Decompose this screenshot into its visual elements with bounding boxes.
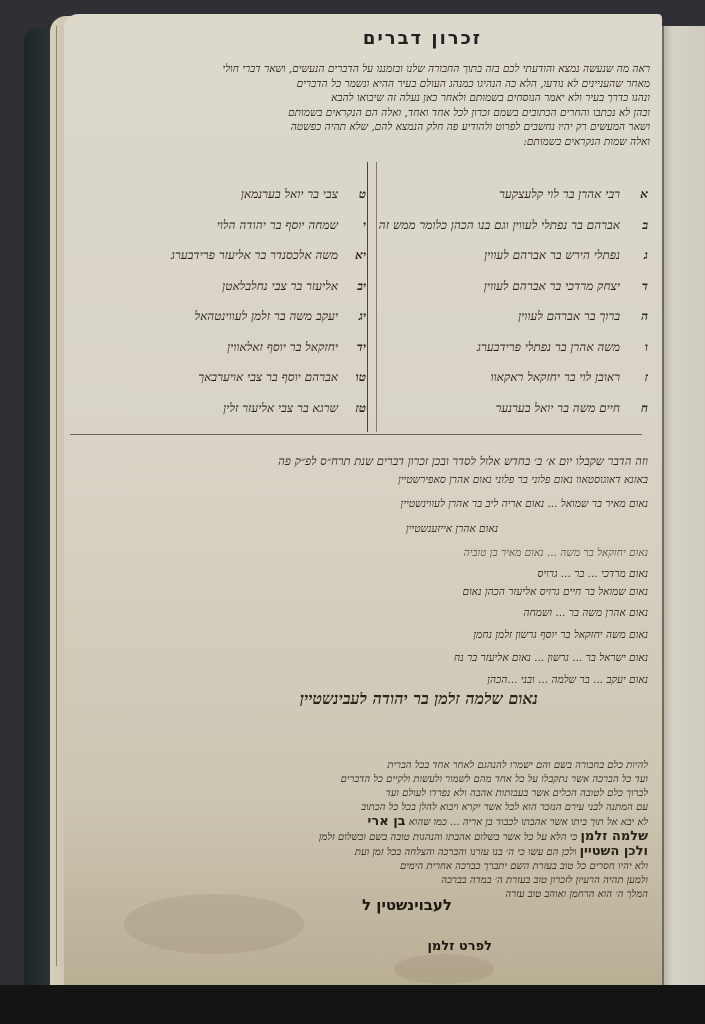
item-name: שרגא בר צבי אליעזר זלין: [223, 401, 338, 416]
item-number: ה: [630, 309, 648, 324]
intro-line: ושאר המעשים רק יהיו נחשבים לפרוט ולהודיע…: [78, 120, 650, 135]
list-item: הברוך בר אברהם לעווין: [373, 301, 648, 332]
agreement-line: נאום מרדכי ... בר ... גרויס: [78, 567, 648, 582]
list-item: יבאליעזר בר צבי נחלבלאטן: [86, 271, 366, 302]
closing-line: עם המתנה לבני עירם הנזכר הוא לכל אשר יקר…: [78, 801, 648, 815]
item-name: רבי אהרן בר לוי קלעצקער: [499, 187, 620, 202]
highlighted-name: בן ארי: [368, 815, 406, 829]
list-item: יאמשה אלכסנדר בר אליעזר פרידבערג: [86, 240, 366, 271]
item-name: ברוך בר אברהם לעווין: [518, 309, 620, 324]
list-item: ומשה אהרן בר נפתלי פרידבערג: [373, 332, 648, 363]
item-name: יחזקאל בר יוסף זאלאווין: [227, 340, 338, 355]
item-number: ו: [630, 340, 648, 355]
item-number: ג: [630, 248, 648, 263]
list-item: יגיעקב משה בר זלמן לעווינטהאל: [86, 301, 366, 332]
list-item: דיצחק מרדכי בר אברהם לעווין: [373, 271, 648, 302]
page-title: זכרון דברים: [363, 28, 482, 49]
agreement-line: וזה הדבר שקבלו יום א׳ ב׳ בחדש אלול לסדר …: [78, 454, 648, 469]
item-name: יצחק מרדכי בר אברהם לעווין: [484, 279, 620, 294]
facing-page: [662, 26, 705, 1024]
list-item: ישמחה יוסף בר יהודה הלוי: [86, 210, 366, 241]
agreement-signatures: וזה הדבר שקבלו יום א׳ ב׳ בחדש אלול לסדר …: [78, 454, 648, 710]
closing-line: לברוך כלם לטובה הכלים אשר בעבותות אהבה ו…: [78, 787, 648, 801]
intro-line: ונהגו כדרך בעיר ולא יאמר הנוסחים בשמותם …: [78, 91, 650, 106]
list-item: באברהם בר נפתלי לעווין וגם בנו הכהן כלומ…: [373, 210, 648, 241]
closing-line: לא יבא אל תוך ביתו אשר אהבתו לכבוד בן אר…: [78, 815, 648, 830]
item-number: ב: [630, 218, 648, 233]
members-list-left: טצבי בר יואל בערנמאן ישמחה יוסף בר יהודה…: [86, 179, 366, 423]
closing-line: ולכן השטיין ולכן הם עשו כי ה׳ בנו עזרנו …: [78, 845, 648, 860]
list-item: טואברהם יוסף בר צבי אויערבאך: [86, 362, 366, 393]
item-name: חיים משה בר יואל בערנער: [495, 401, 620, 416]
members-list-right: ארבי אהרן בר לוי קלעצקער באברהם בר נפתלי…: [373, 179, 648, 423]
agreement-line: נאום משה יחזקאל בר יוסף גרשון זלמן נחמן: [78, 628, 648, 643]
intro-paragraph: ראה מה שנעשה נמצא והודעתי לכם בזה בתוך ה…: [78, 62, 650, 149]
list-item: ידיחזקאל בר יוסף זאלאווין: [86, 332, 366, 363]
highlighted-name: ולכן השטיין: [580, 845, 648, 859]
list-item: טזשרגא בר צבי אליעזר זלין: [86, 393, 366, 424]
intro-line: ואלה שמות הנקראים בשמותם:: [78, 135, 650, 150]
item-number: ט: [348, 187, 366, 202]
item-name: שמחה יוסף בר יהודה הלוי: [217, 218, 338, 233]
closing-text: ולכן הם עשו כי ה׳ בנו עזרנו והברכה והצלח…: [355, 847, 577, 858]
item-number: יג: [348, 309, 366, 324]
agreement-line: נאום ישראל בר ... גרשון ... נאום אליעזר …: [78, 651, 648, 666]
item-name: נפתלי הירש בר אברהם לעווין: [484, 248, 620, 263]
item-number: א: [630, 187, 648, 202]
section-divider: [70, 434, 642, 435]
background-shadow: [0, 985, 705, 1024]
item-name: ראובן לוי בר יחזקאל ראקאוו: [491, 370, 620, 385]
manuscript-page: זכרון דברים ראה מה שנעשה נמצא והודעתי לכ…: [64, 14, 662, 986]
highlighted-name: שלמה זלמן: [580, 830, 648, 844]
intro-line: ובהן לא נכתבו והחרים הכתובים בשמם זכרון …: [78, 106, 650, 121]
closing-paragraph: להיות כלם בחבורה בשם והם ישמרו להנהגם לא…: [78, 759, 648, 902]
item-name: אברהם בר נפתלי לעווין וגם בנו הכהן כלומר…: [379, 218, 620, 233]
item-number: ז: [630, 370, 648, 385]
agreement-line: נאום מאיר בר שמואל ... נאום אריה ליב בר …: [78, 497, 648, 512]
intro-line: מאחר שהעניינים לא נודעו, הלא כה הנהיגו כ…: [78, 77, 650, 92]
item-number: טו: [348, 370, 366, 385]
item-name: משה אלכסנדר בר אליעזר פרידבערג: [171, 248, 338, 263]
list-item: גנפתלי הירש בר אברהם לעווין: [373, 240, 648, 271]
agreement-line: נאום יעקב ... בר שלמה ... ובני ...הכהן: [78, 673, 648, 688]
list-item: ארבי אהרן בר לוי קלעצקער: [373, 179, 648, 210]
item-name: אליעזר בר צבי נחלבלאטן: [222, 279, 338, 294]
closing-text: כי הלא על כל אשר בשלום אהבתו והנהגות טוב…: [319, 832, 577, 843]
closing-line: ולא יהיו חסרים כל טוב בעזרת השם יתברך כב…: [78, 860, 648, 874]
item-number: יא: [348, 248, 366, 263]
item-number: ד: [630, 279, 648, 294]
agreement-line: נאום אהרן משה בר ... ושמחה: [78, 606, 648, 621]
intro-line: ראה מה שנעשה נמצא והודעתי לכם בזה בתוך ה…: [78, 62, 650, 77]
closing-text: לא יבא אל תוך ביתו אשר אהבתו לכבוד בן אר…: [409, 817, 648, 828]
signature-scrawl: נאום שלמה זלמן בר יהודה לעבינשטיין: [78, 692, 648, 707]
item-number: יב: [348, 279, 366, 294]
paper-stain: [394, 954, 494, 984]
paper-stain: [124, 894, 304, 954]
final-signature-line2: לפרט זלמן: [427, 939, 492, 954]
item-name: משה אהרן בר נפתלי פרידבערג: [477, 340, 620, 355]
page-edge: [56, 26, 57, 966]
item-number: יד: [348, 340, 366, 355]
column-divider: [367, 162, 368, 432]
final-signature-line1: לעבוינשטין ל: [362, 896, 452, 914]
item-name: יעקב משה בר זלמן לעווינטהאל: [194, 309, 338, 324]
agreement-line: באזנא דאוגוסטאוו נאום פלוני בר פלוני נאו…: [78, 473, 648, 488]
list-item: טצבי בר יואל בערנמאן: [86, 179, 366, 210]
list-item: זראובן לוי בר יחזקאל ראקאוו: [373, 362, 648, 393]
agreement-line: נאום יחזקאל בר משה ... נאום מאיר בן טובי…: [78, 546, 648, 561]
item-number: ח: [630, 401, 648, 416]
item-number: י: [348, 218, 366, 233]
closing-line: שלמה זלמן כי הלא על כל אשר בשלום אהבתו ו…: [78, 830, 648, 845]
item-name: צבי בר יואל בערנמאן: [241, 187, 338, 202]
agreement-line: נאום אהרן אייזענשטיין: [78, 522, 648, 537]
closing-line: להיות כלם בחבורה בשם והם ישמרו להנהגם לא…: [78, 759, 648, 773]
item-name: אברהם יוסף בר צבי אויערבאך: [198, 370, 338, 385]
agreement-line: נאום שמואל בר חיים גרויס אליעזר הכהן נאו…: [78, 585, 648, 600]
closing-line: ולמען תהיה הרעיון לזכרון טוב בעזרת ה׳ במ…: [78, 874, 648, 888]
closing-line: ועד כל הברכה אשר נתקבלו על כל אחד מהם לש…: [78, 773, 648, 787]
item-number: טז: [348, 401, 366, 416]
list-item: חחיים משה בר יואל בערנער: [373, 393, 648, 424]
